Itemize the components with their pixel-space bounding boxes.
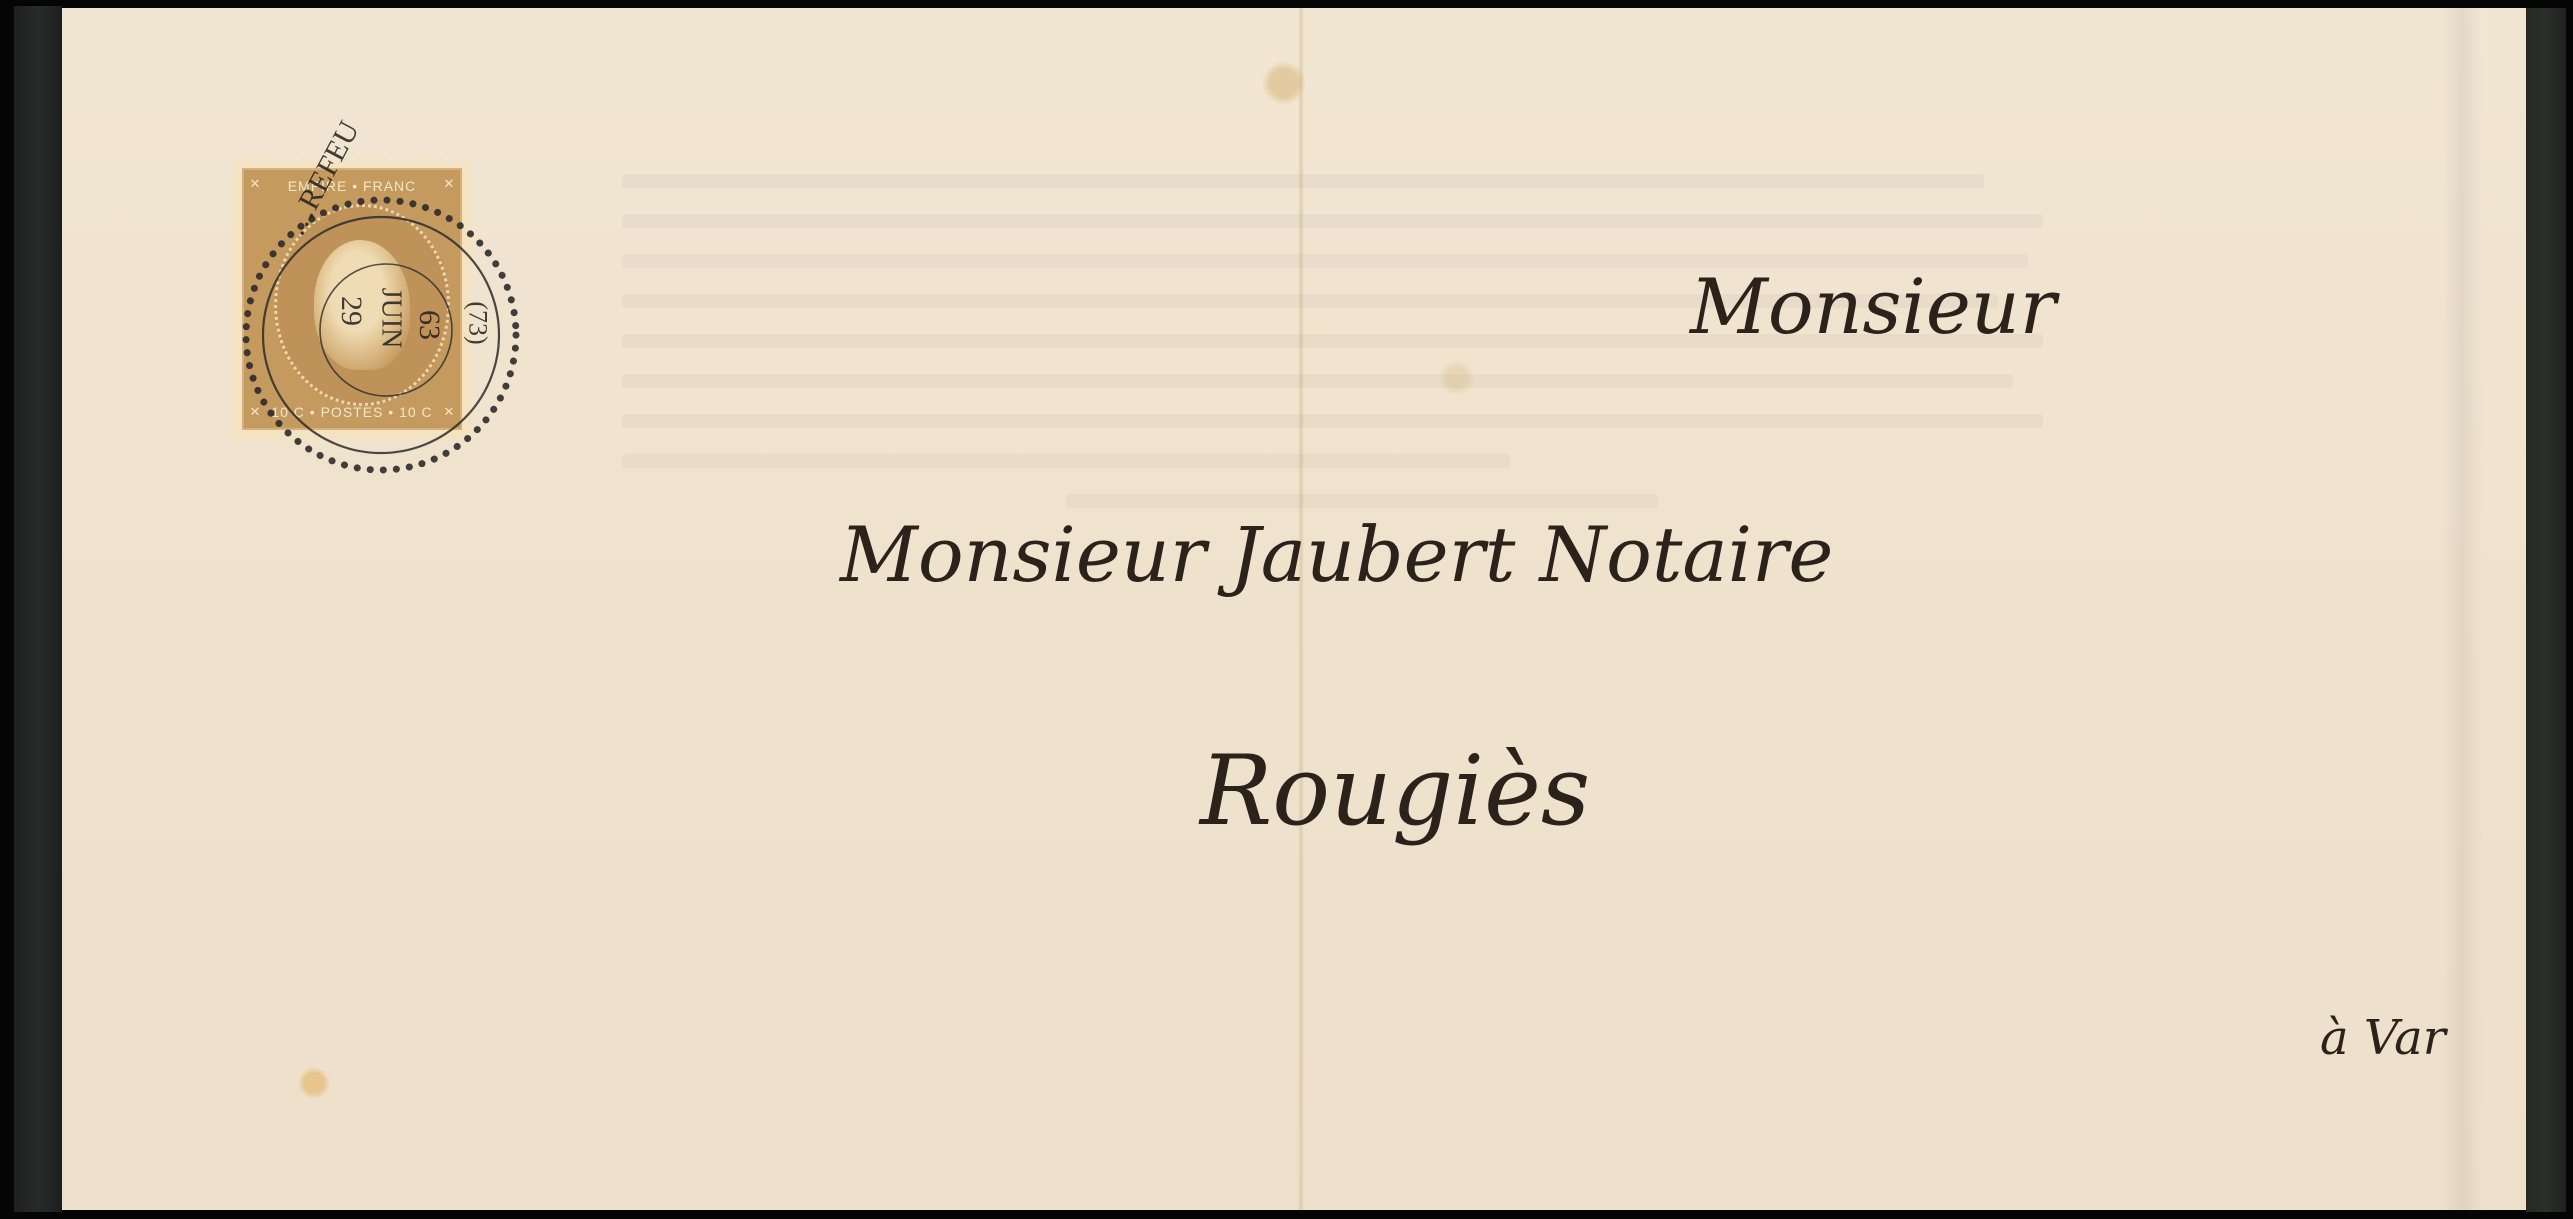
postmark-month: JUIN — [374, 288, 406, 349]
mourning-border-left — [14, 6, 62, 1212]
right-crease — [2442, 8, 2482, 1210]
postmark-year: 63 — [412, 310, 446, 340]
address-salutation: Monsieur — [1690, 262, 2056, 351]
address-recipient-line: Monsieur Jaubert Notaire — [840, 510, 1833, 599]
postmark-cancel: …REFEU 29 JUIN 63 (73) — [236, 190, 526, 480]
address-town: Rougiès — [1200, 735, 1590, 847]
postmark-day: 29 — [334, 296, 368, 326]
postmark-department: (73) — [463, 301, 493, 344]
mourning-border-right — [2526, 8, 2566, 1212]
address-department: à Var — [2320, 1010, 2446, 1066]
